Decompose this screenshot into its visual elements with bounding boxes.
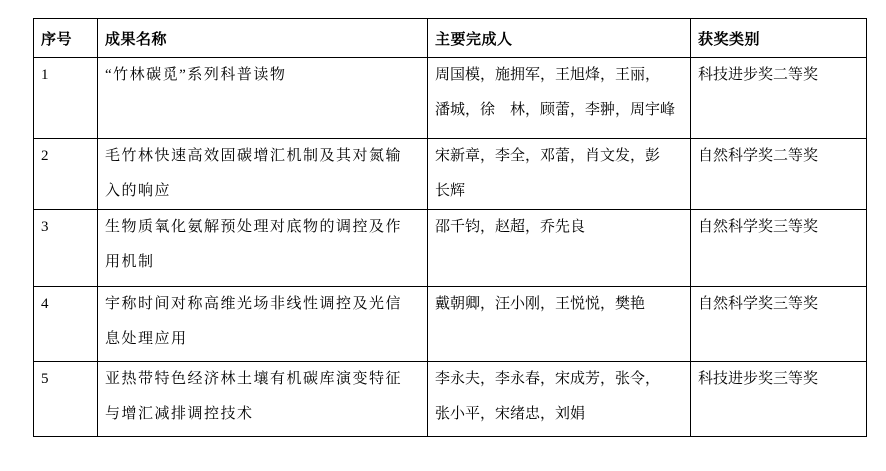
col-header-index: 序号: [34, 19, 98, 58]
cell-award: 自然科学奖二等奖: [691, 139, 867, 210]
table-row: 4 宇称时间对称高维光场非线性调控及光信 息处理应用 戴朝卿，汪小刚，王悦悦，樊…: [34, 287, 867, 362]
cell-contributors: 宋新章，李全，邓蕾，肖文发，彭 长辉: [428, 139, 691, 210]
cell-index: 2: [34, 139, 98, 210]
col-header-name: 成果名称: [98, 19, 428, 58]
table-row: 3 生物质氧化氨解预处理对底物的调控及作 用机制 邵千钧，赵超，乔先良 自然科学…: [34, 210, 867, 287]
cell-name: 生物质氧化氨解预处理对底物的调控及作 用机制: [98, 210, 428, 287]
table-header-row: 序号 成果名称 主要完成人 获奖类别: [34, 19, 867, 58]
cell-name: 毛竹林快速高效固碳增汇机制及其对氮输 入的响应: [98, 139, 428, 210]
cell-award: 自然科学奖三等奖: [691, 210, 867, 287]
cell-award: 自然科学奖三等奖: [691, 287, 867, 362]
table-row: 1 “竹林碳觅”系列科普读物 周国模，施拥军，王旭烽，王丽， 潘城，徐 林，顾蕾…: [34, 58, 867, 139]
cell-name: 亚热带特色经济林土壤有机碳库演变特征 与增汇减排调控技术: [98, 362, 428, 437]
cell-contributors: 李永夫，李永春，宋成芳，张令， 张小平，宋绪忠，刘娟: [428, 362, 691, 437]
table-row: 5 亚热带特色经济林土壤有机碳库演变特征 与增汇减排调控技术 李永夫，李永春，宋…: [34, 362, 867, 437]
cell-index: 5: [34, 362, 98, 437]
cell-name: 宇称时间对称高维光场非线性调控及光信 息处理应用: [98, 287, 428, 362]
cell-award: 科技进步奖二等奖: [691, 58, 867, 139]
cell-index: 4: [34, 287, 98, 362]
table-row: 2 毛竹林快速高效固碳增汇机制及其对氮输 入的响应 宋新章，李全，邓蕾，肖文发，…: [34, 139, 867, 210]
page-background: 序号 成果名称 主要完成人 获奖类别 1 “竹林碳觅”系列科普读物 周国模，施拥…: [0, 0, 886, 471]
awards-table: 序号 成果名称 主要完成人 获奖类别 1 “竹林碳觅”系列科普读物 周国模，施拥…: [33, 18, 867, 437]
col-header-award: 获奖类别: [691, 19, 867, 58]
cell-contributors: 邵千钧，赵超，乔先良: [428, 210, 691, 287]
cell-contributors: 戴朝卿，汪小刚，王悦悦，樊艳: [428, 287, 691, 362]
cell-contributors: 周国模，施拥军，王旭烽，王丽， 潘城，徐 林，顾蕾，李翀，周宇峰: [428, 58, 691, 139]
cell-index: 3: [34, 210, 98, 287]
cell-index: 1: [34, 58, 98, 139]
col-header-contributors: 主要完成人: [428, 19, 691, 58]
cell-award: 科技进步奖三等奖: [691, 362, 867, 437]
cell-name: “竹林碳觅”系列科普读物: [98, 58, 428, 139]
